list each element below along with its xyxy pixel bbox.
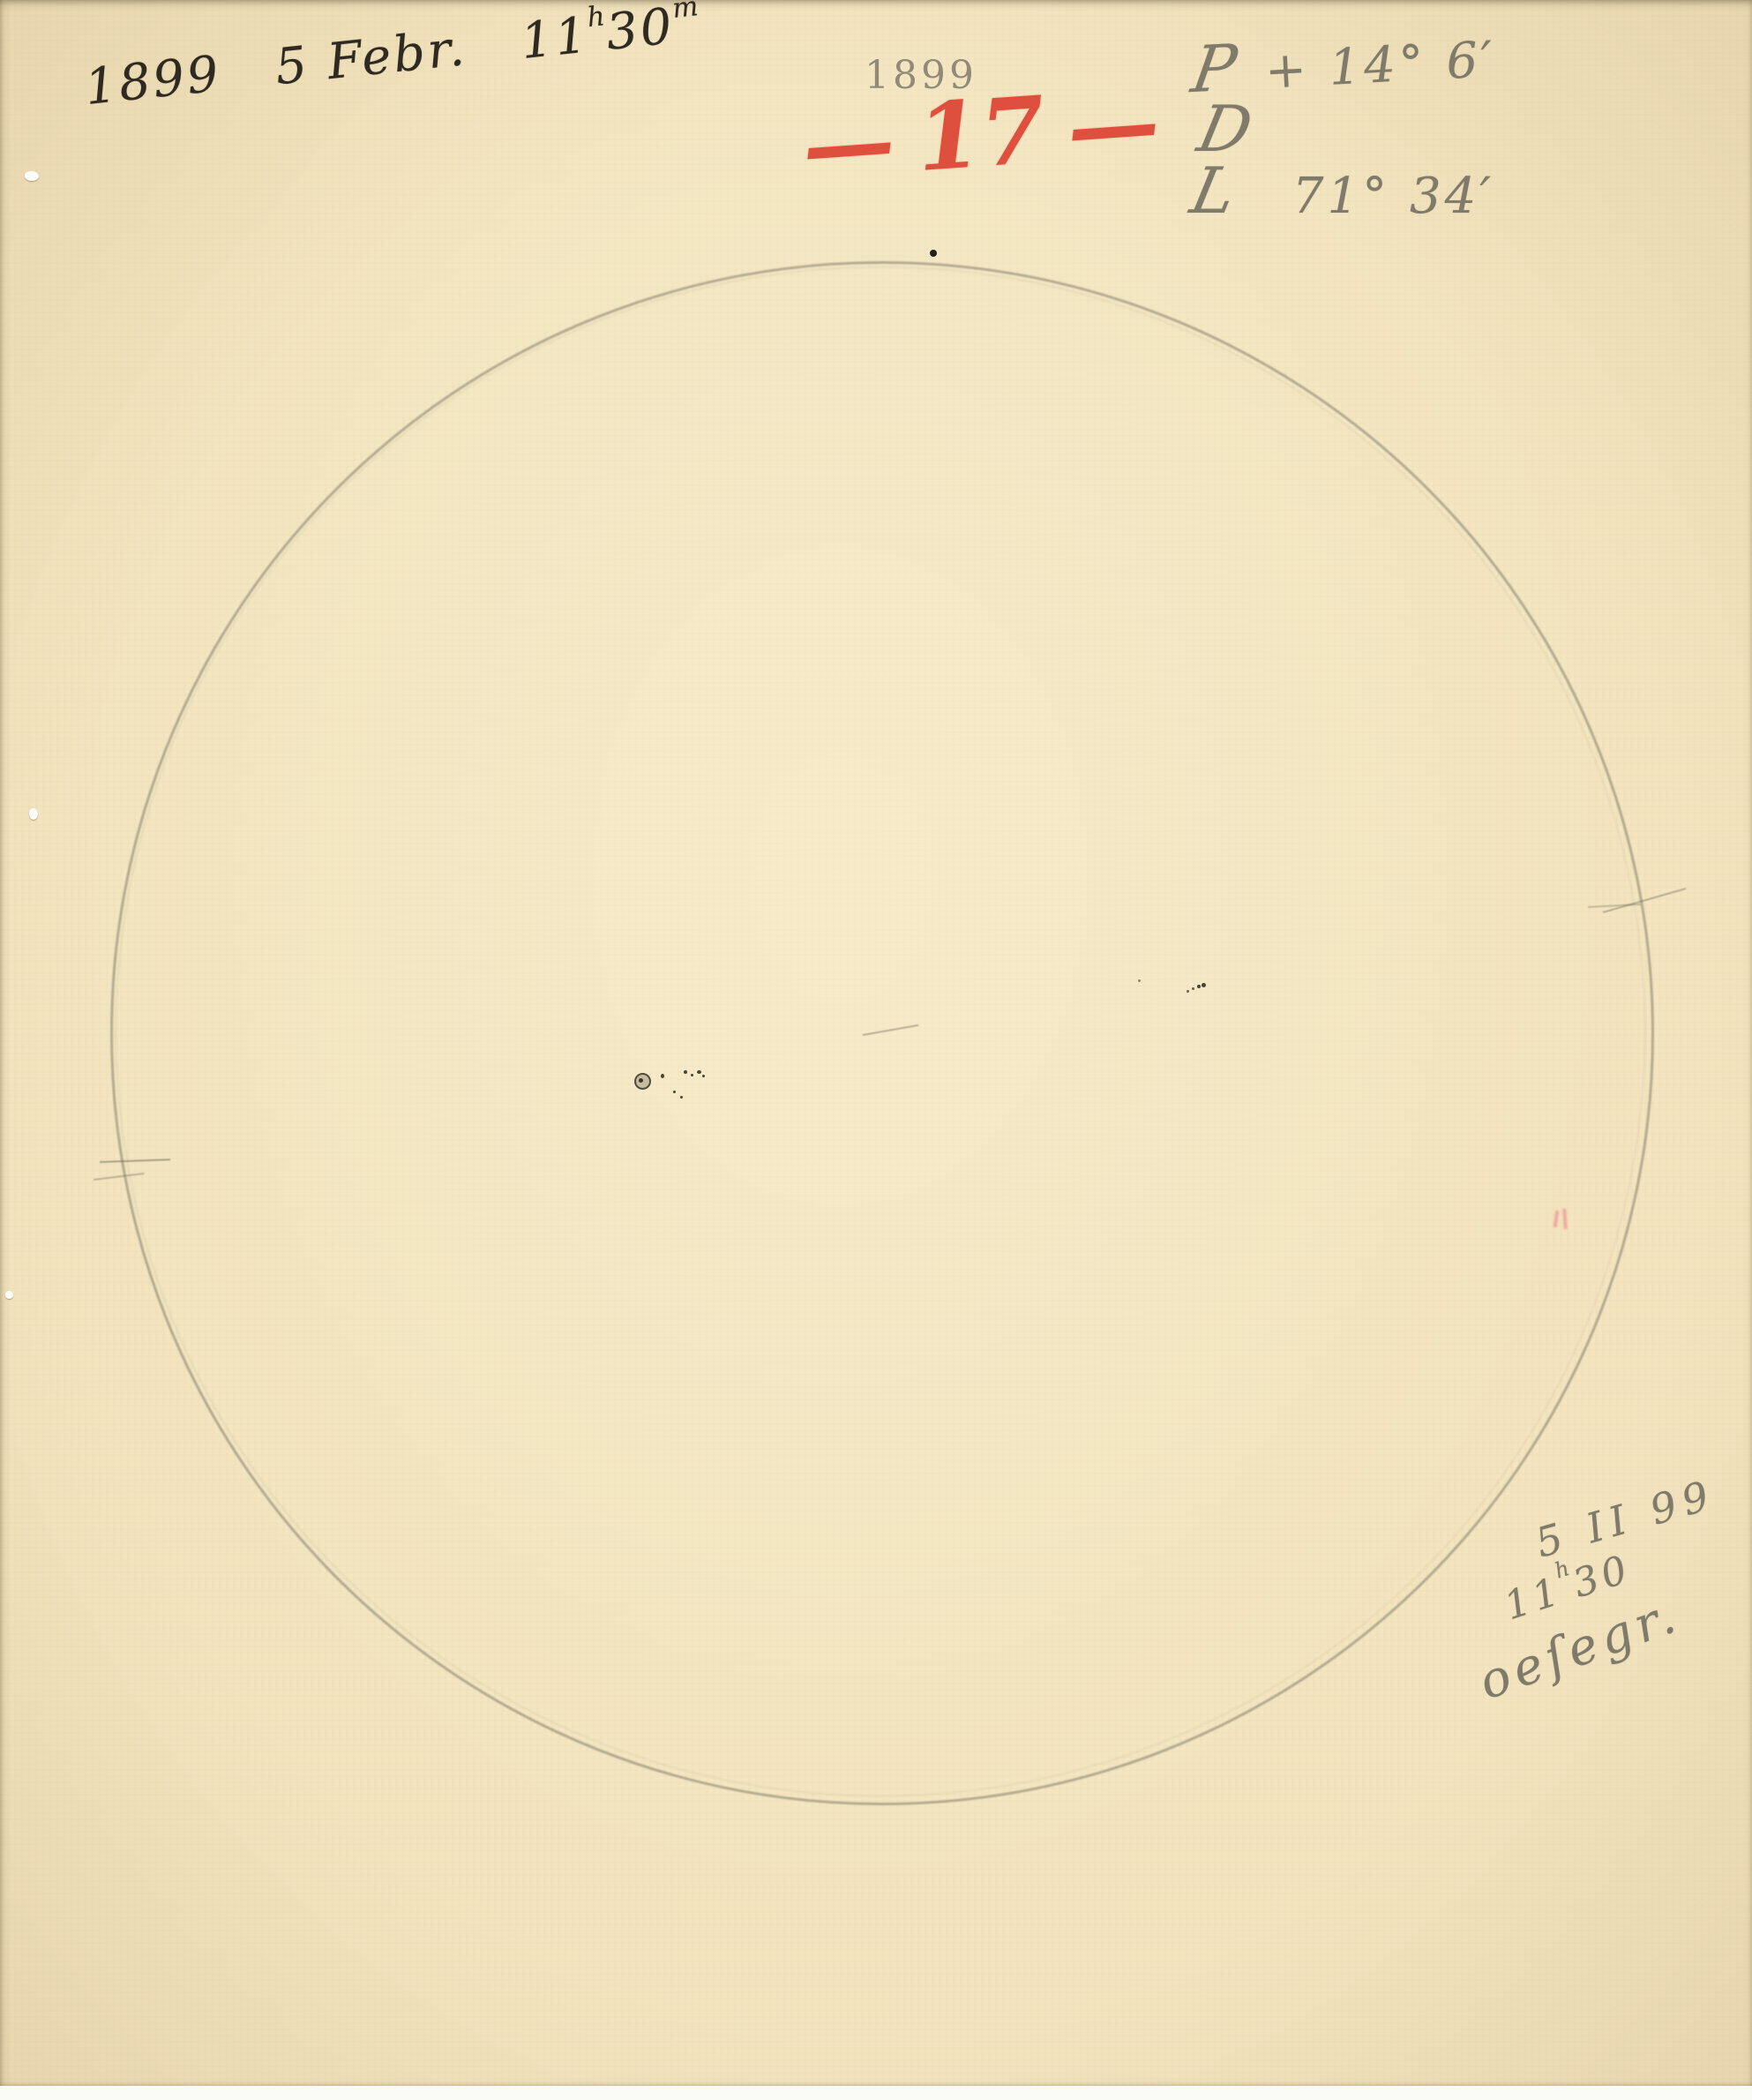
pore-speck [1202, 983, 1206, 987]
pore-speck [1192, 987, 1194, 990]
value-l: 71° 34′ [1292, 168, 1494, 225]
sunspot-speck [684, 1070, 687, 1074]
sunspot-speck [661, 1074, 664, 1078]
sunspot-speck [702, 1075, 705, 1077]
sunspot-main-core [639, 1078, 643, 1083]
date-minute: 30 [603, 0, 678, 62]
measurement-row-l: L 71° 34′ [1193, 154, 1496, 228]
date-hour: 11 [518, 6, 592, 71]
paper-chip [5, 1291, 13, 1299]
scan-page: 1899 5 Febr. 11h30m 1899 —17— P + 14° 6′… [0, 0, 1752, 2100]
ink-dot [930, 250, 937, 257]
date-day-month: 5 Febr. [273, 19, 469, 96]
sunspot-speck [691, 1074, 693, 1076]
paper-pinhole [29, 808, 38, 820]
date-year: 1899 [82, 45, 223, 116]
number-value: 17 [913, 75, 1048, 192]
paper-chip [25, 171, 39, 181]
number-left-dash: — [799, 86, 898, 200]
footnote-date: 5 II 99 [1531, 1470, 1721, 1567]
pore-speck [1197, 985, 1201, 988]
label-l: L [1185, 154, 1243, 228]
minute-unit: m [670, 0, 700, 25]
sunspot-speck [697, 1070, 701, 1074]
drawing-number: —17— [776, 65, 1186, 202]
value-p: + 14° 6′ [1263, 31, 1497, 101]
number-right-dash: — [1064, 67, 1163, 182]
measurement-block: P + 14° 6′ D L 71° 34′ [1193, 25, 1496, 228]
paper-sheet: 1899 5 Febr. 11h30m 1899 —17— P + 14° 6′… [0, 0, 1752, 2086]
footnote-minute: 30 [1568, 1546, 1637, 1607]
pore-speck [1187, 990, 1189, 993]
scanner-background-strip [0, 2086, 1752, 2100]
red-smudge [1553, 1208, 1572, 1231]
pore-speck [1138, 979, 1141, 982]
observation-date: 1899 5 Febr. 11h30m [82, 0, 703, 116]
sunspot-speck [673, 1091, 676, 1093]
sunspot-speck [680, 1096, 683, 1099]
